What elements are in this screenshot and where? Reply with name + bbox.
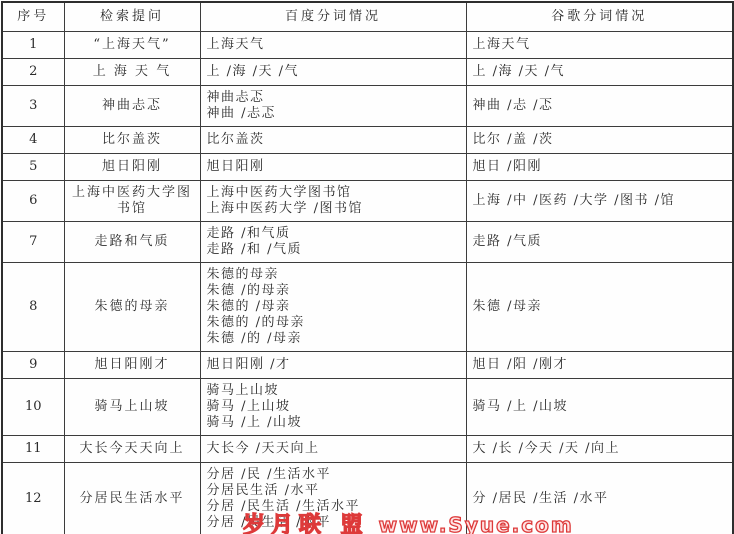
baidu-segmentation-cell: 上海中医药大学图书馆上海中医药大学 /图书馆 xyxy=(200,180,466,221)
segmentation-line: 骑马 /上山坡 xyxy=(207,399,460,415)
table-row: 2上 海 天 气上 /海 /天 /气上 /海 /天 /气 xyxy=(2,58,733,85)
table-row: 4比尔盖茨比尔盖茨比尔 /盖 /茨 xyxy=(2,126,733,153)
baidu-segmentation-cell: 旭日阳刚 /才 xyxy=(200,351,466,378)
segmentation-line: 分 /居民 /生活 /水平 xyxy=(473,491,727,507)
query-cell: 神曲忐忑 xyxy=(64,85,200,126)
baidu-segmentation-cell: 分居 /民 /生活水平分居民生活 /水平分居 /民生活 /生活水平分居 /民生活… xyxy=(200,462,466,534)
baidu-segmentation-cell: 走路 /和气质走路 /和 /气质 xyxy=(200,221,466,262)
query-cell: 上 海 天 气 xyxy=(64,58,200,85)
row-number: 6 xyxy=(2,180,64,221)
baidu-segmentation-cell: 朱德的母亲朱德 /的母亲朱德的 /母亲朱德的 /的母亲朱德 /的 /母亲 xyxy=(200,262,466,351)
segmentation-line: 分居 /民生活 /生活水平 xyxy=(207,499,460,515)
query-cell: 走路和气质 xyxy=(64,221,200,262)
table-row: 11大长今天天向上大长今 /天天向上大 /长 /今天 /天 /向上 xyxy=(2,435,733,462)
segmentation-line: 旭日阳刚 /才 xyxy=(207,357,460,373)
segmentation-line: 走路 /和 /气质 xyxy=(207,242,460,258)
segmentation-line: 大长今 /天天向上 xyxy=(207,441,460,457)
query-cell: 朱德的母亲 xyxy=(64,262,200,351)
google-segmentation-cell: 比尔 /盖 /茨 xyxy=(466,126,733,153)
table-row: 1“上海天气”上海天气上海天气 xyxy=(2,31,733,58)
segmentation-line: 分居 /民生活 /水平 xyxy=(207,515,460,531)
table-row: 5旭日阳刚旭日阳刚旭日 /阳刚 xyxy=(2,153,733,180)
query-cell: 分居民生活水平 xyxy=(64,462,200,534)
google-segmentation-cell: 上 /海 /天 /气 xyxy=(466,58,733,85)
table-row: 7走路和气质走路 /和气质走路 /和 /气质走路 /气质 xyxy=(2,221,733,262)
google-segmentation-cell: 分 /居民 /生活 /水平 xyxy=(466,462,733,534)
baidu-segmentation-cell: 旭日阳刚 xyxy=(200,153,466,180)
table-row: 10骑马上山坡骑马上山坡骑马 /上山坡骑马 /上 /山坡骑马 /上 /山坡 xyxy=(2,378,733,435)
segmentation-line: 上海天气 xyxy=(207,37,460,53)
segmentation-line: 神曲忐忑 xyxy=(207,90,460,106)
segmentation-line: 比尔 /盖 /茨 xyxy=(473,132,727,148)
row-number: 12 xyxy=(2,462,64,534)
segmentation-line: 上海中医药大学 /图书馆 xyxy=(207,201,460,217)
row-number: 4 xyxy=(2,126,64,153)
segmentation-line: 骑马 /上 /山坡 xyxy=(473,399,727,415)
segmentation-line: 骑马 /上 /山坡 xyxy=(207,415,460,431)
column-header-google: 谷歌分词情况 xyxy=(466,2,733,31)
segmentation-line: 朱德 /的母亲 xyxy=(207,283,460,299)
segmentation-line: 朱德 /的 /母亲 xyxy=(207,331,460,347)
baidu-segmentation-cell: 骑马上山坡骑马 /上山坡骑马 /上 /山坡 xyxy=(200,378,466,435)
segmentation-line: 骑马上山坡 xyxy=(207,383,460,399)
segmentation-line: 旭日 /阳 /刚才 xyxy=(473,357,727,373)
segmentation-line: 朱德的 /母亲 xyxy=(207,299,460,315)
table-header-row: 序号 检索提问 百度分词情况 谷歌分词情况 xyxy=(2,2,733,31)
google-segmentation-cell: 走路 /气质 xyxy=(466,221,733,262)
google-segmentation-cell: 朱德 /母亲 xyxy=(466,262,733,351)
segmentation-line: 分居民生活 /水平 xyxy=(207,483,460,499)
table-row: 9旭日阳刚才旭日阳刚 /才旭日 /阳 /刚才 xyxy=(2,351,733,378)
segmentation-line: 比尔盖茨 xyxy=(207,132,460,148)
segmentation-line: 旭日 /阳刚 xyxy=(473,159,727,175)
google-segmentation-cell: 骑马 /上 /山坡 xyxy=(466,378,733,435)
segmentation-line: 朱德 /母亲 xyxy=(473,299,727,315)
query-cell: “上海天气” xyxy=(64,31,200,58)
baidu-segmentation-cell: 上 /海 /天 /气 xyxy=(200,58,466,85)
segmentation-line: 上 /海 /天 /气 xyxy=(473,64,727,80)
google-segmentation-cell: 旭日 /阳 /刚才 xyxy=(466,351,733,378)
query-cell: 旭日阳刚 xyxy=(64,153,200,180)
segmentation-line: 上海天气 xyxy=(473,37,727,53)
segmentation-line: 大 /长 /今天 /天 /向上 xyxy=(473,441,727,457)
baidu-segmentation-cell: 上海天气 xyxy=(200,31,466,58)
baidu-segmentation-cell: 神曲忐忑神曲 /忐忑 xyxy=(200,85,466,126)
row-number: 1 xyxy=(2,31,64,58)
column-header-query: 检索提问 xyxy=(64,2,200,31)
query-cell: 比尔盖茨 xyxy=(64,126,200,153)
table-row: 8朱德的母亲朱德的母亲朱德 /的母亲朱德的 /母亲朱德的 /的母亲朱德 /的 /… xyxy=(2,262,733,351)
segmentation-line: 朱德的 /的母亲 xyxy=(207,315,460,331)
segmentation-line: 上海中医药大学图书馆 xyxy=(207,185,460,201)
segmentation-line: 旭日阳刚 xyxy=(207,159,460,175)
query-cell: 旭日阳刚才 xyxy=(64,351,200,378)
segmentation-line: 上 /海 /天 /气 xyxy=(207,64,460,80)
table-body: 1“上海天气”上海天气上海天气2上 海 天 气上 /海 /天 /气上 /海 /天… xyxy=(2,31,733,534)
table-row: 6上海中医药大学图书馆上海中医药大学图书馆上海中医药大学 /图书馆上海 /中 /… xyxy=(2,180,733,221)
segmentation-line: 上海 /中 /医药 /大学 /图书 /馆 xyxy=(473,193,727,209)
row-number: 5 xyxy=(2,153,64,180)
row-number: 2 xyxy=(2,58,64,85)
table-row: 12分居民生活水平分居 /民 /生活水平分居民生活 /水平分居 /民生活 /生活… xyxy=(2,462,733,534)
row-number: 9 xyxy=(2,351,64,378)
table-row: 3神曲忐忑神曲忐忑神曲 /忐忑神曲 /忐 /忑 xyxy=(2,85,733,126)
segmentation-line: 神曲 /忐忑 xyxy=(207,106,460,122)
google-segmentation-cell: 大 /长 /今天 /天 /向上 xyxy=(466,435,733,462)
google-segmentation-cell: 神曲 /忐 /忑 xyxy=(466,85,733,126)
baidu-segmentation-cell: 比尔盖茨 xyxy=(200,126,466,153)
segmentation-line: 分居 /民 /生活水平 xyxy=(207,467,460,483)
row-number: 8 xyxy=(2,262,64,351)
segmentation-line: 走路 /和气质 xyxy=(207,226,460,242)
baidu-segmentation-cell: 大长今 /天天向上 xyxy=(200,435,466,462)
query-cell: 大长今天天向上 xyxy=(64,435,200,462)
google-segmentation-cell: 旭日 /阳刚 xyxy=(466,153,733,180)
row-number: 10 xyxy=(2,378,64,435)
scanned-document-page: 序号 检索提问 百度分词情况 谷歌分词情况 1“上海天气”上海天气上海天气2上 … xyxy=(0,0,734,534)
row-number: 11 xyxy=(2,435,64,462)
segmentation-comparison-table: 序号 检索提问 百度分词情况 谷歌分词情况 1“上海天气”上海天气上海天气2上 … xyxy=(1,1,734,534)
query-cell: 骑马上山坡 xyxy=(64,378,200,435)
google-segmentation-cell: 上海天气 xyxy=(466,31,733,58)
row-number: 3 xyxy=(2,85,64,126)
google-segmentation-cell: 上海 /中 /医药 /大学 /图书 /馆 xyxy=(466,180,733,221)
segmentation-line: 朱德的母亲 xyxy=(207,267,460,283)
segmentation-line: 神曲 /忐 /忑 xyxy=(473,98,727,114)
segmentation-line: 走路 /气质 xyxy=(473,234,727,250)
row-number: 7 xyxy=(2,221,64,262)
query-cell: 上海中医药大学图书馆 xyxy=(64,180,200,221)
column-header-index: 序号 xyxy=(2,2,64,31)
column-header-baidu: 百度分词情况 xyxy=(200,2,466,31)
